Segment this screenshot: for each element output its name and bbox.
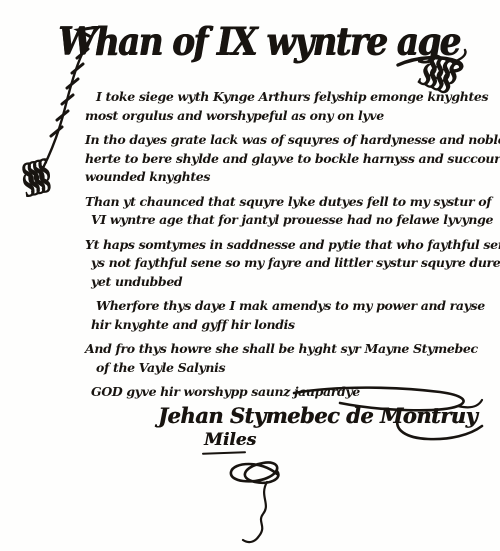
manuscript-paragraph: Than yt chaunced that squyre lyke dutyes…: [85, 193, 493, 230]
manuscript-paragraph: In tho dayes grate lack was of squyres o…: [85, 131, 493, 187]
manuscript-line: yet undubbed: [85, 273, 493, 292]
signature-underline-flourish: [202, 451, 246, 455]
manuscript-page: §§§§ Whan of IX wyntre age §§§§ I toke s…: [0, 0, 500, 551]
manuscript-line: I toke siege wyth Kynge Arthurs felyship…: [85, 88, 493, 107]
manuscript-paragraph: Wherfore thys daye I mak amendys to my p…: [85, 297, 493, 334]
manuscript-line: of the Vayle Salynis: [85, 359, 493, 378]
manuscript-line: Yt haps somtymes in saddnesse and pytie …: [85, 236, 493, 255]
manuscript-line: herte to bere shylde and glayve to bockl…: [85, 150, 493, 169]
manuscript-line: VI wyntre age that for jantyl prouesse h…: [85, 211, 493, 230]
knot-flourish: [213, 458, 309, 550]
manuscript-line: Wherfore thys daye I mak amendys to my p…: [85, 297, 493, 316]
manuscript-line: Than yt chaunced that squyre lyke dutyes…: [85, 193, 493, 212]
manuscript-line: wounded knyghtes: [85, 168, 493, 187]
manuscript-line: most orgulus and worshypeful as ony on l…: [85, 107, 493, 126]
manuscript-paragraph: And fro thys howre she shall be hyght sy…: [85, 340, 493, 377]
manuscript-paragraph: Yt haps somtymes in saddnesse and pytie …: [85, 236, 493, 292]
manuscript-paragraph: I toke siege wyth Kynge Arthurs felyship…: [85, 88, 493, 125]
manuscript-line: hir knyghte and gyff hir londis: [85, 316, 493, 335]
manuscript-line: And fro thys howre she shall be hyght sy…: [85, 340, 493, 359]
manuscript-line: In tho dayes grate lack was of squyres o…: [85, 131, 493, 150]
signature-swash-flourish: [392, 416, 486, 452]
signature-rank: Miles: [204, 430, 256, 450]
manuscript-line: ys not faythful sene so my fayre and lit…: [85, 254, 493, 273]
manuscript-body: I toke siege wyth Kynge Arthurs felyship…: [85, 88, 493, 408]
